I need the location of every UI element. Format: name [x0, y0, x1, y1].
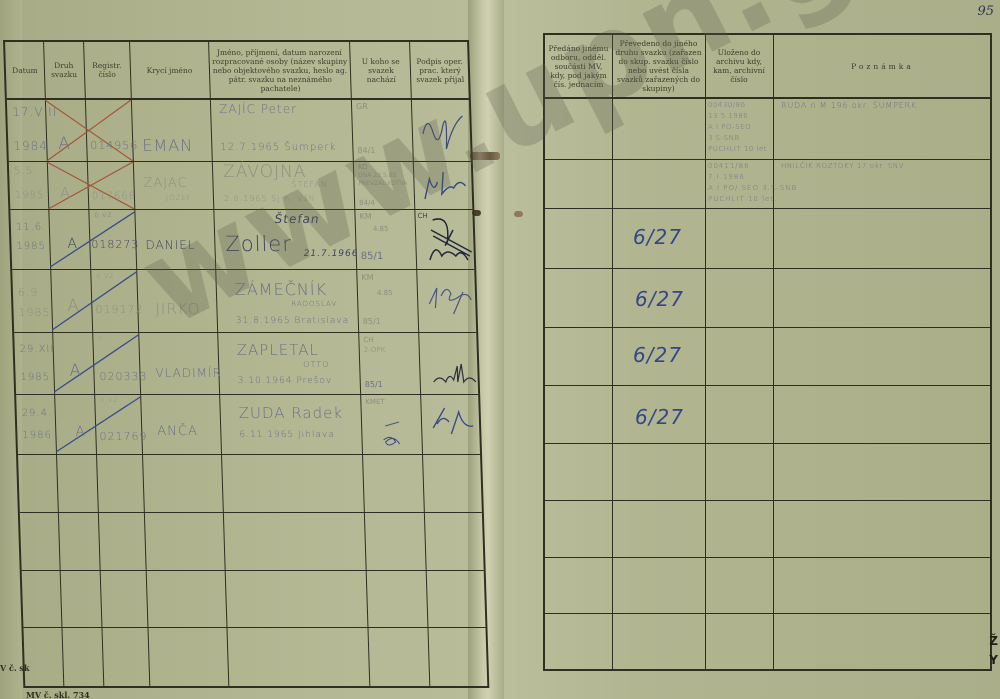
strike-slash — [52, 333, 140, 394]
signature-scribble — [431, 362, 478, 388]
cover-name-cell: DANIEL — [145, 238, 195, 252]
holder-number: 85/1 — [365, 380, 383, 389]
row-divider — [545, 500, 990, 501]
archive-location: A I PO-SEO — [708, 122, 767, 133]
person-birth: 21.7.1966 — [304, 249, 359, 259]
archive-retention: PUCHLIT 10 let — [708, 144, 767, 155]
register-table-right: Předáno jinému odboru, odděl. součásti M… — [543, 33, 992, 671]
type-cell: A — [58, 134, 71, 154]
archive-location: A I PO/ SEO 3.S-SNB — [708, 183, 797, 194]
column-divider — [349, 42, 370, 686]
row-divider — [545, 159, 990, 160]
header-archive: Uloženo do archivu kdy, kam, archivní čí… — [705, 35, 773, 97]
date-cell: 29.4. — [22, 408, 53, 419]
person-birth: 3.10.1964 Prešov — [238, 376, 333, 386]
reg-number-cell: 020333 — [99, 370, 147, 383]
type-cell: A — [60, 184, 72, 202]
reg-note: 0,VZ — [96, 273, 114, 280]
reg-number-cell: 019172 — [95, 303, 143, 316]
header-converted: Převedeno do jiného druhu svazku (zařaze… — [612, 35, 705, 97]
date-cell: 5.5 — [14, 166, 33, 177]
person-name: ZAJÍC Peter — [219, 102, 297, 116]
date-year: 1984 — [13, 139, 48, 153]
person-name: Zoller — [225, 232, 292, 256]
register-table-left: Datum Druh svazku Registr. číslo Krycí j… — [3, 40, 489, 688]
holder-code: CH — [363, 336, 373, 344]
date-cell: 6.9 — [18, 286, 39, 299]
cover-name-cell: EMAN — [142, 136, 193, 155]
column-divider — [612, 35, 613, 669]
header-note: Poznámka — [773, 35, 992, 97]
row-divider — [18, 454, 480, 455]
holder-date: 4.85 — [373, 225, 389, 233]
header-date: Datum — [5, 42, 45, 98]
cover-name-cell: ANČA — [157, 424, 198, 439]
cover-name-cell: VLADIMÍR — [155, 366, 222, 380]
type-cell: A — [69, 361, 82, 381]
row-divider — [545, 443, 990, 444]
archive-unit: 3.S-SNB — [708, 133, 767, 144]
person-birth: 2.6.1965 Sj n. Váh — [224, 194, 315, 203]
holder-number: 84/1 — [357, 146, 375, 155]
reg-note: 0,VZ — [94, 212, 112, 219]
signature-scribble — [420, 212, 478, 268]
converted-cell: 6/27 — [635, 287, 684, 311]
row-divider — [545, 557, 990, 558]
archive-cell: 00430/86 13.5.1986 A I PO-SEO 3.S-SNB PU… — [708, 100, 767, 155]
row-divider — [545, 327, 990, 328]
reg-note: 0,VZ — [100, 397, 118, 404]
type-cell: A — [67, 236, 78, 252]
date-year: 1985 — [16, 241, 46, 252]
column-divider — [773, 35, 774, 669]
header-transferred: Předáno jinému odboru, odděl. součásti M… — [545, 35, 612, 97]
strike-slash — [54, 395, 142, 454]
person-name: ZAPLETAL — [236, 341, 319, 359]
form-code-partial: V č. sk — [0, 663, 29, 673]
row-divider — [545, 385, 990, 386]
signature-scribble — [428, 402, 479, 442]
holder-number: 84/4 — [359, 199, 375, 207]
header-signature: Podpis oper. prac. který svazek přijal — [409, 42, 471, 98]
binding-hole — [514, 211, 523, 217]
note-cell: RUDA n M 196 okr. ŠUMPERK — [781, 101, 917, 110]
person-name: ZÁMEČNÍK — [235, 280, 328, 299]
header-type: Druh svazku — [43, 42, 85, 98]
row-divider — [545, 208, 990, 209]
column-divider — [705, 35, 706, 669]
person-name: ZUDA Radek — [238, 404, 343, 422]
holder-code: GR — [356, 102, 368, 111]
archive-date: 7.I.1986 — [708, 172, 797, 183]
holder-code: KMET — [365, 398, 385, 406]
strike-slash — [50, 270, 138, 332]
column-divider — [208, 42, 229, 686]
holder-mark — [377, 420, 406, 450]
archive-number: 00430/86 — [708, 100, 767, 111]
converted-cell: 6/27 — [633, 225, 682, 249]
header-person: Jméno, příjmení, datum narození rozpraco… — [211, 42, 349, 98]
date-year: 1986 — [22, 430, 52, 441]
date-cell: 17.VIII — [12, 105, 57, 119]
person-birth: 12.7.1965 Šumperk — [220, 142, 336, 153]
type-cell: A — [75, 424, 86, 440]
page-number: 95 — [977, 4, 994, 19]
header-holder: U koho se svazek nachází — [351, 42, 411, 98]
person-first-name: ŠTEFAN — [291, 180, 328, 189]
person-birth: 31.8.1965 Bratislava — [236, 316, 350, 326]
holder-code: KM — [359, 212, 371, 221]
holder-number: 85/1 — [361, 251, 384, 262]
reg-number-cell: 017668 — [92, 191, 137, 202]
row-divider — [23, 627, 485, 628]
cover-name-cell: JIRKO — [155, 300, 201, 318]
header-reg-number: Registr. číslo — [83, 42, 131, 98]
holder-note: 2-OPK — [364, 346, 386, 354]
date-year: 1985 — [20, 372, 50, 383]
reg-number-cell: 014956 — [90, 139, 138, 152]
converted-cell: 6/27 — [633, 343, 682, 367]
person-first-name: OTTO — [303, 360, 330, 369]
person-name: ZÁVOJNA — [223, 162, 307, 182]
cover-name-cell: ZAJAC — [143, 176, 188, 191]
holder-code: KO — [358, 163, 368, 171]
signature-scribble — [417, 104, 469, 154]
header-divider — [545, 97, 990, 99]
holder-code: KM — [361, 273, 373, 282]
edge-tab-letter: Y — [989, 653, 998, 667]
note-cell: HNILČÍK ROZTOKY 17 okr. SNV — [781, 162, 904, 170]
row-divider — [22, 570, 484, 571]
reg-number-cell: 021769 — [99, 430, 147, 443]
cover-name-sub: JOZEF — [166, 194, 192, 202]
row-divider — [545, 268, 990, 269]
date-year: 1985 — [15, 190, 45, 201]
date-cell: 11.6. — [16, 222, 47, 233]
person-first-name: RADOSLAV — [291, 300, 337, 308]
date-year: 1985 — [18, 306, 50, 319]
reg-note: V — [98, 335, 103, 342]
person-birth: 6.11.1965 Jihlava — [239, 430, 335, 440]
header-cover-name: Krycí jméno — [129, 42, 210, 98]
signature-scribble — [419, 164, 474, 204]
archive-retention: PUCHLIT 10 let. — [708, 194, 797, 205]
archive-date: 13.5.1986 — [708, 111, 767, 122]
reg-number-cell: 018273 — [91, 238, 139, 251]
type-cell: A — [67, 296, 80, 316]
row-divider — [545, 613, 990, 614]
form-code: MV č. skl. 734 — [26, 690, 90, 699]
person-first-name: Štefan — [274, 212, 319, 226]
edge-tab-letter: Ž — [989, 634, 998, 648]
holder-date: 4.85 — [377, 289, 393, 297]
holder-note: DŇA 23.5.85 PREVZAL KOTVA — [358, 172, 411, 188]
holder-number: 85/1 — [363, 317, 381, 326]
converted-cell: 6/27 — [635, 405, 684, 429]
date-cell: 29.XII — [20, 344, 55, 355]
binding-thread — [470, 152, 500, 160]
signature-scribble — [422, 274, 480, 324]
row-divider — [20, 512, 482, 513]
